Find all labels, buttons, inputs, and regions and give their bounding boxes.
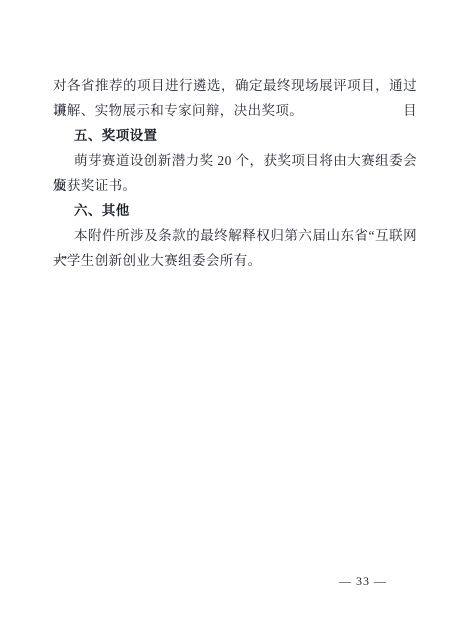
paragraph-line: 大学生创新创业大赛组委会所有。 <box>53 248 417 273</box>
page-number: — 33 — <box>339 572 387 590</box>
section-heading-awards: 五、奖项设置 <box>53 123 417 148</box>
paragraph-line: 萌芽赛道设创新潜力奖 20 个，获奖项目将由大赛组委会颁 <box>53 148 417 173</box>
document-page: 对各省推荐的项目进行遴选，确定最终现场展评项目，通过项目 讲解、实物展示和专家问… <box>0 0 454 643</box>
paragraph-line: 本附件所涉及条款的最终解释权归第六届山东省“互联网+” <box>53 223 417 248</box>
section-heading-other: 六、其他 <box>53 198 417 223</box>
document-body: 对各省推荐的项目进行遴选，确定最终现场展评项目，通过项目 讲解、实物展示和专家问… <box>53 73 417 273</box>
paragraph-line: 对各省推荐的项目进行遴选，确定最终现场展评项目，通过项目 <box>53 73 417 98</box>
paragraph-line: 发获奖证书。 <box>53 173 417 198</box>
